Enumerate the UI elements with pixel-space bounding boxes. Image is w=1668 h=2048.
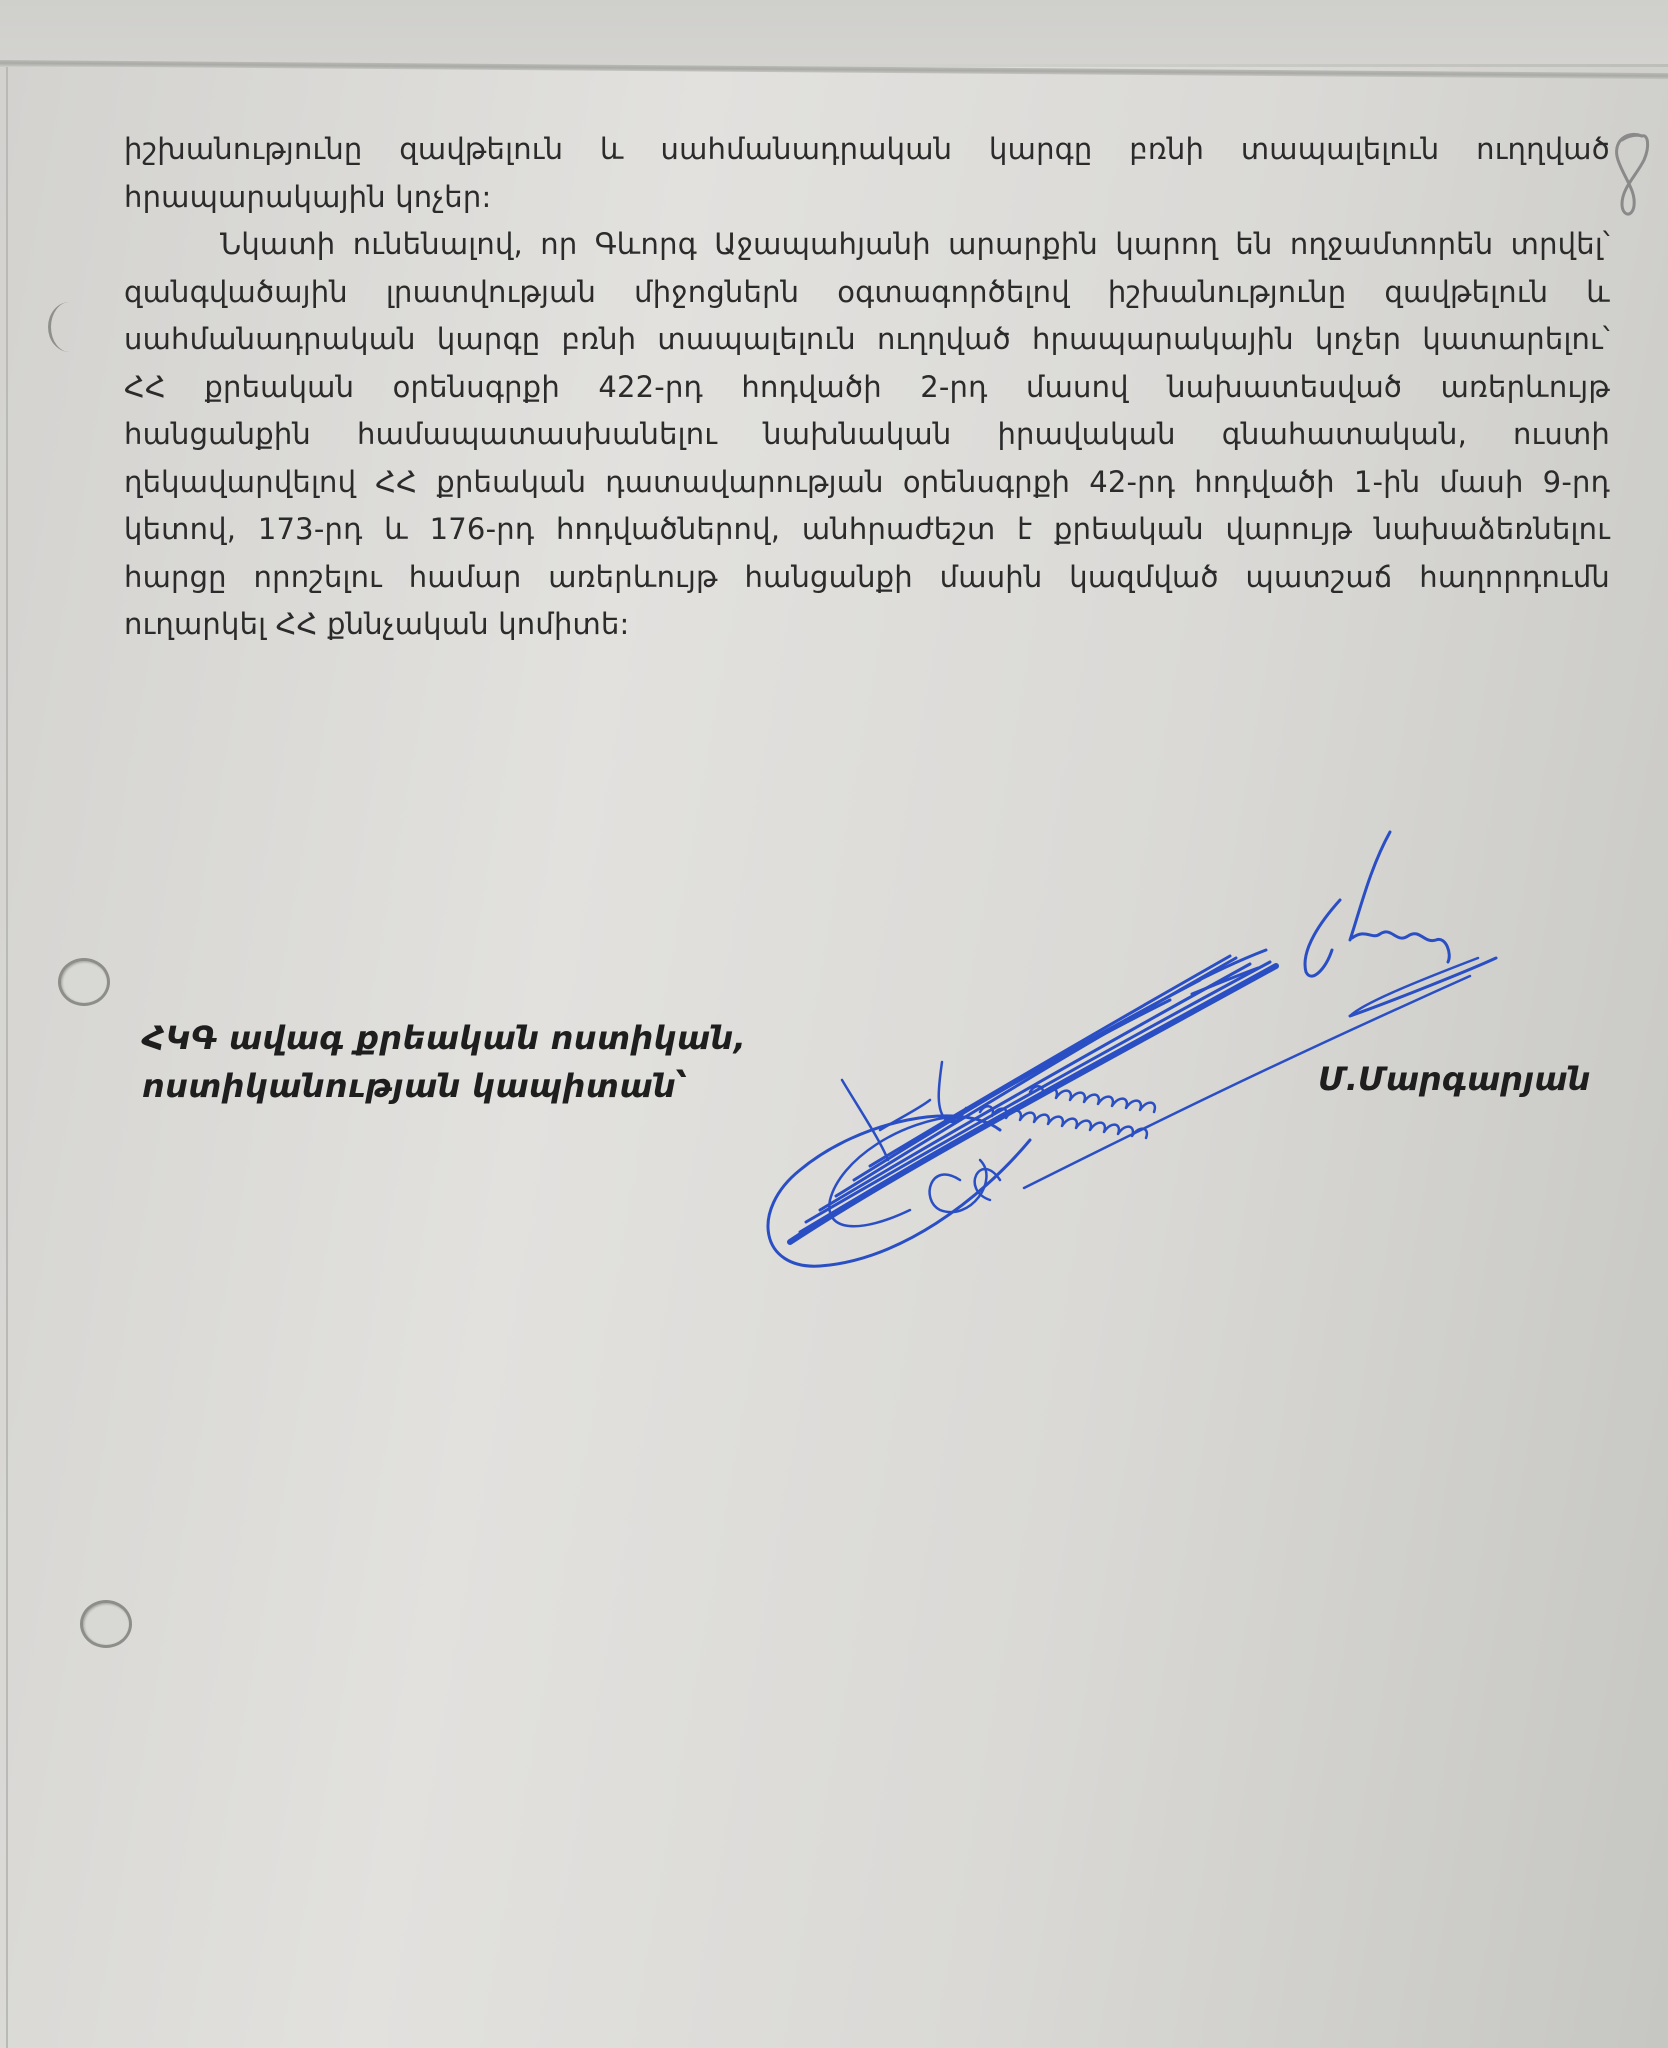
- body-line: ՀՀ քրեական օրենսգրքի 422-րդ հոդվածի 2-րդ…: [124, 364, 1610, 412]
- body-line: ուղարկել ՀՀ քննչական կոմիտե:: [124, 601, 1610, 649]
- signatory-name: Մ.Մարգարյան: [1318, 1055, 1590, 1103]
- body-line: իշխանությունը զավթելուն և սահմանադրական …: [124, 126, 1610, 174]
- body-line: հարցը որոշելու համար առերևույթ հանցանքի …: [124, 554, 1610, 602]
- page-left-edge: [6, 67, 8, 2048]
- document-body: իշխանությունը զավթելուն և սահմանադրական …: [124, 126, 1610, 649]
- body-line: զանգվածային լրատվության միջոցներն օգտագո…: [124, 269, 1610, 317]
- background-above-page: [0, 0, 1668, 64]
- punch-hole-icon: [48, 302, 91, 352]
- body-line: հանցանքին համապատասխանելու նախնական իրավ…: [124, 411, 1610, 459]
- body-line: ղեկավարվելով ՀՀ քրեական դատավարության օր…: [124, 459, 1610, 507]
- punch-hole-icon: [58, 958, 110, 1006]
- body-line: կետով, 173-րդ և 176-րդ հոդվածներով, անհր…: [124, 506, 1610, 554]
- punch-hole-icon: [80, 1600, 132, 1648]
- signatory-role: ՀԿԳ ավագ քրեական ոստիկան, ոստիկանության …: [142, 1014, 746, 1110]
- body-line: սահմանադրական կարգը բռնի տապալելուն ուղղ…: [124, 316, 1610, 364]
- body-line: Նկատի ունենալով, որ Գևորգ Աջապահյանի արա…: [124, 221, 1610, 269]
- body-line: հրապարակային կոչեր:: [124, 174, 1610, 222]
- signatory-role-line-2: ոստիկանության կապիտան՝: [142, 1062, 746, 1110]
- signatory-role-line-1: ՀԿԳ ավագ քրեական ոստիկան,: [142, 1014, 746, 1062]
